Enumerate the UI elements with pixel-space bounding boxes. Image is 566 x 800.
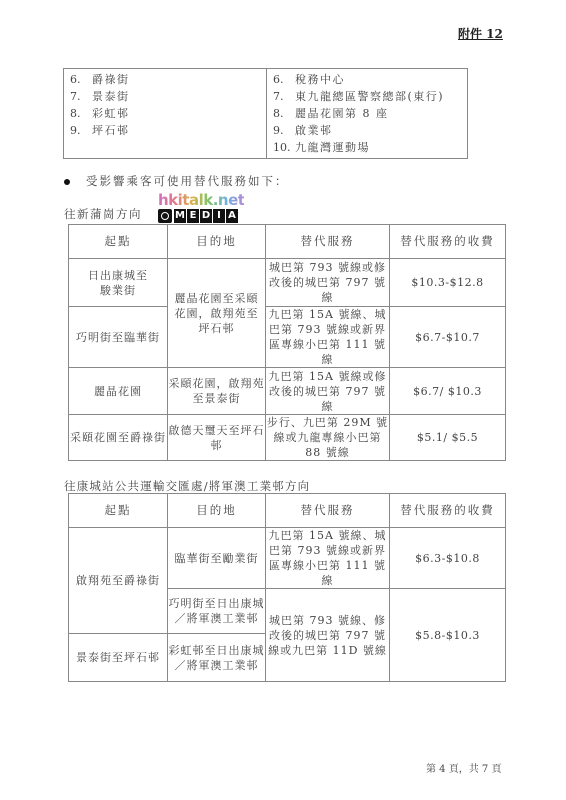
watermark-text: hkitalk.net: [158, 193, 244, 208]
list-item: 7.東九龍總區警察總部(東行): [273, 88, 461, 105]
table-row: 啟翔苑至爵祿街 臨華街至勵業街 九巴第 15A 號線、城巴第 793 號線或新界…: [69, 528, 506, 589]
header-destination: 目的地: [168, 225, 266, 259]
header-destination: 目的地: [168, 494, 266, 528]
table-row: 巧明街至臨華街 九巴第 15A 號線、城巴第 793 號線或新界區專線小巴第 1…: [69, 307, 506, 368]
direction-title-2: 往康城站公共運輸交匯處/將軍澳工業邨方向: [64, 478, 310, 494]
list-item: 6.爵祿街: [70, 71, 260, 88]
page-footer: 第 4 頁，共 7 頁: [426, 760, 501, 775]
bullet-paragraph: 受影響乘客可使用替代服務如下：: [64, 173, 289, 189]
affected-stops-table: 6.爵祿街 7.景泰街 8.彩虹邨 9.坪石邨 6.稅務中心 7.東九龍總區警察…: [63, 68, 468, 159]
table-header-row: 起點 目的地 替代服務 替代服務的收費: [69, 494, 506, 528]
annex-label: 附件 12: [458, 25, 503, 42]
list-item: 8.麗晶花園第 8 座: [273, 105, 461, 122]
affected-stops-left: 6.爵祿街 7.景泰街 8.彩虹邨 9.坪石邨: [64, 69, 267, 159]
list-item: 6.稅務中心: [273, 71, 461, 88]
camera-icon: [158, 209, 172, 223]
watermark-logo: hkitalk.net M E D I A: [158, 193, 244, 227]
list-item: 9.坪石邨: [70, 122, 260, 139]
list-item: 10.九龍灣運動場: [273, 139, 461, 156]
table-row: 麗晶花園 采頤花園，啟翔苑至景泰街 九巴第 15A 號線或修改後的城巴第 797…: [69, 368, 506, 415]
header-fee: 替代服務的收費: [390, 494, 506, 528]
alternative-services-table-1: 起點 目的地 替代服務 替代服務的收費 日出康城至 駿業街 麗晶花園至采頤花園，…: [68, 224, 506, 461]
list-item: 8.彩虹邨: [70, 105, 260, 122]
header-service: 替代服務: [266, 225, 390, 259]
table-row: 日出康城至 駿業街 麗晶花園至采頤花園，啟翔苑至坪石邨 城巴第 793 號線或修…: [69, 259, 506, 307]
header-origin: 起點: [69, 494, 168, 528]
header-fee: 替代服務的收費: [390, 225, 506, 259]
header-origin: 起點: [69, 225, 168, 259]
table-row: 采頤花園至爵祿街 啟德天璽天至坪石邨 步行、九巴第 29M 號線或九龍專線小巴第…: [69, 415, 506, 461]
alternative-services-table-2: 起點 目的地 替代服務 替代服務的收費 啟翔苑至爵祿街 臨華街至勵業街 九巴第 …: [68, 493, 506, 682]
header-service: 替代服務: [266, 494, 390, 528]
table-header-row: 起點 目的地 替代服務 替代服務的收費: [69, 225, 506, 259]
list-item: 7.景泰街: [70, 88, 260, 105]
affected-stops-right: 6.稅務中心 7.東九龍總區警察總部(東行) 8.麗晶花園第 8 座 9.啟業邨…: [267, 69, 468, 159]
list-item: 9.啟業邨: [273, 122, 461, 139]
bullet-icon: [64, 179, 70, 185]
direction-title-1: 往新蒲崗方向: [64, 206, 142, 222]
